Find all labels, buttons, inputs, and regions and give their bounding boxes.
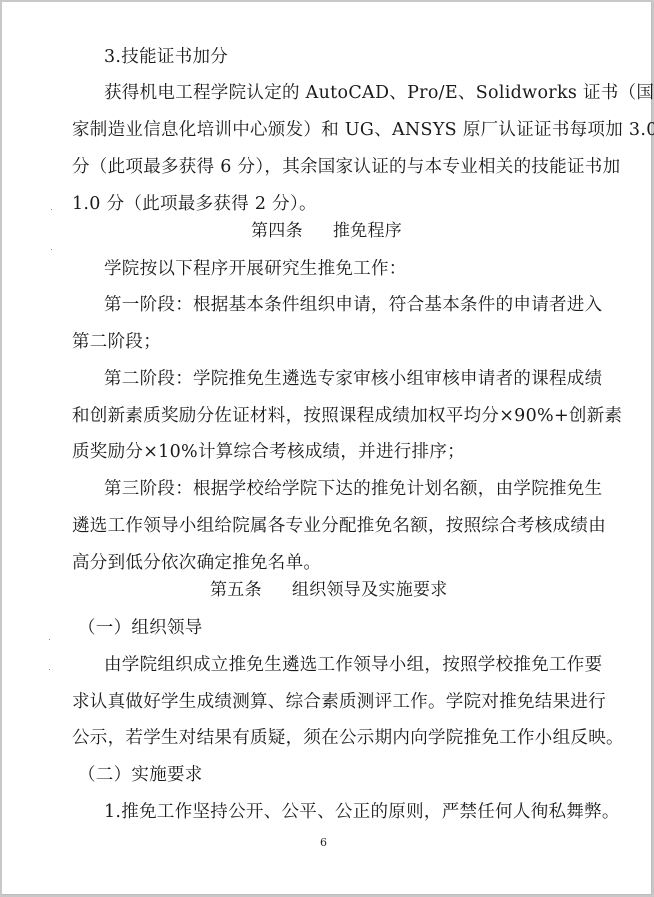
section-3-title: 3.技能证书加分 [104, 46, 228, 68]
article-4-heading: 第四条推免程序 [251, 220, 402, 242]
stage-2-line-3: 质奖励分×10%计算综合考核成绩，并进行排序； [72, 441, 465, 463]
sub-1-title: （一）组织领导 [78, 617, 203, 639]
stage-2-line-2: 和创新素质奖励分佐证材料，按照课程成绩加权平均分×90%+创新素 [72, 405, 568, 427]
article-5-heading: 第五条组织领导及实施要求 [210, 579, 448, 601]
stage-2-line-1: 第二阶段：学院推免生遴选专家审核小组审核申请者的课程成绩 [104, 368, 568, 390]
stage-1-line-2: 第二阶段； [72, 331, 161, 353]
sub-1-line-2: 求认真做好学生成绩测算、综合素质测评工作。学院对推免结果进行 [72, 691, 568, 713]
document-page: 3.技能证书加分 获得机电工程学院认定的 AutoCAD、Pro/E、Solid… [2, 2, 652, 895]
article-4-title: 推免程序 [333, 221, 402, 241]
section-3-line-4: 1.0 分（此项最多获得 2 分）。 [72, 193, 317, 215]
section-3-line-2: 家制造业信息化培训中心颁发）和 UG、ANSYS 原厂认证证书每项加 3.0 [72, 119, 568, 141]
sub-2-title: （二）实施要求 [78, 764, 203, 786]
section-3-line-3: 分（此项最多获得 6 分），其余国家认证的与本专业相关的技能证书加 [72, 156, 568, 178]
scan-speck [51, 209, 52, 210]
sub-2-line-1: 1.推免工作坚持公开、公平、公正的原则，严禁任何人徇私舞弊。 [104, 801, 568, 823]
stage-3-line-2: 遴选工作领导小组给院属各专业分配推免名额，按照综合考核成绩由 [72, 515, 568, 537]
page-number: 6 [320, 836, 327, 849]
stage-1-line-1: 第一阶段：根据基本条件组织申请，符合基本条件的申请者进入 [104, 294, 568, 316]
sub-1-line-3: 公示，若学生对结果有质疑，须在公示期内向学院推免工作小组反映。 [72, 727, 568, 749]
scan-speck [49, 639, 50, 640]
article-5-title: 组织领导及实施要求 [292, 580, 448, 600]
section-3-line-1: 获得机电工程学院认定的 AutoCAD、Pro/E、Solidworks 证书（… [104, 82, 568, 104]
sub-1-line-1: 由学院组织成立推免生遴选工作领导小组，按照学校推免工作要 [104, 654, 568, 676]
article-5-number: 第五条 [210, 580, 262, 600]
scan-speck [49, 669, 50, 670]
article-4-intro: 学院按以下程序开展研究生推免工作： [104, 258, 407, 280]
stage-3-line-1: 第三阶段：根据学校给学院下达的推免计划名额，由学院推免生 [104, 478, 568, 500]
article-4-number: 第四条 [251, 221, 303, 241]
scan-speck [51, 249, 52, 250]
stage-3-line-3: 高分到低分依次确定推免名单。 [72, 552, 321, 574]
